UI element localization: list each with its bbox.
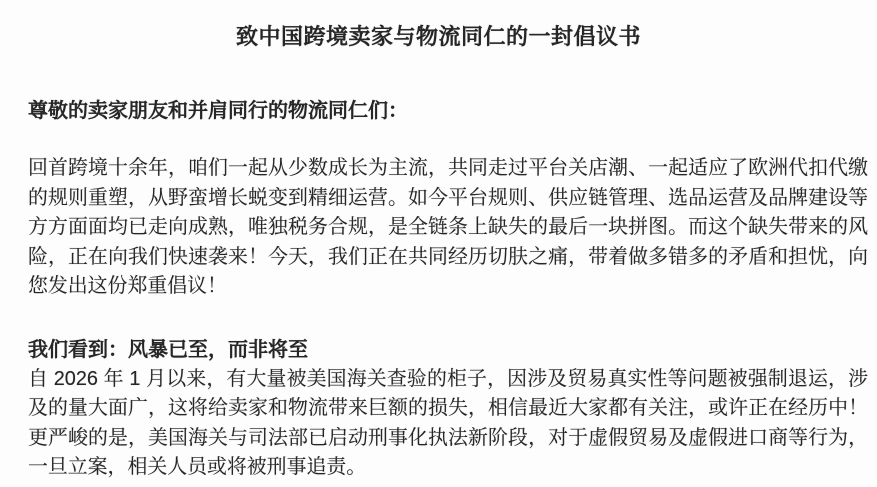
- section-storm-body-paragraph: 自 2026 年 1 月以来，有大量被美国海关查验的柜子，因涉及贸易真实性等问题…: [28, 365, 868, 483]
- letter-intro-paragraph: 回首跨境十余年，咱们一起从少数成长为主流，共同走过平台关店潮、一起适应了欧洲代扣…: [28, 154, 868, 302]
- letter-section-storm: 我们看到：风暴已至，而非将至 自 2026 年 1 月以来，有大量被美国海关查验…: [28, 336, 868, 483]
- letter-document: 致中国跨境卖家与物流同仁的一封倡议书 尊敬的卖家朋友和并肩同行的物流同仁们： 回…: [0, 0, 877, 487]
- section-storm-heading: 我们看到：风暴已至，而非将至: [28, 336, 868, 365]
- letter-title: 致中国跨境卖家与物流同仁的一封倡议书: [9, 22, 868, 52]
- letter-salutation: 尊敬的卖家朋友和并肩同行的物流同仁们：: [28, 97, 868, 126]
